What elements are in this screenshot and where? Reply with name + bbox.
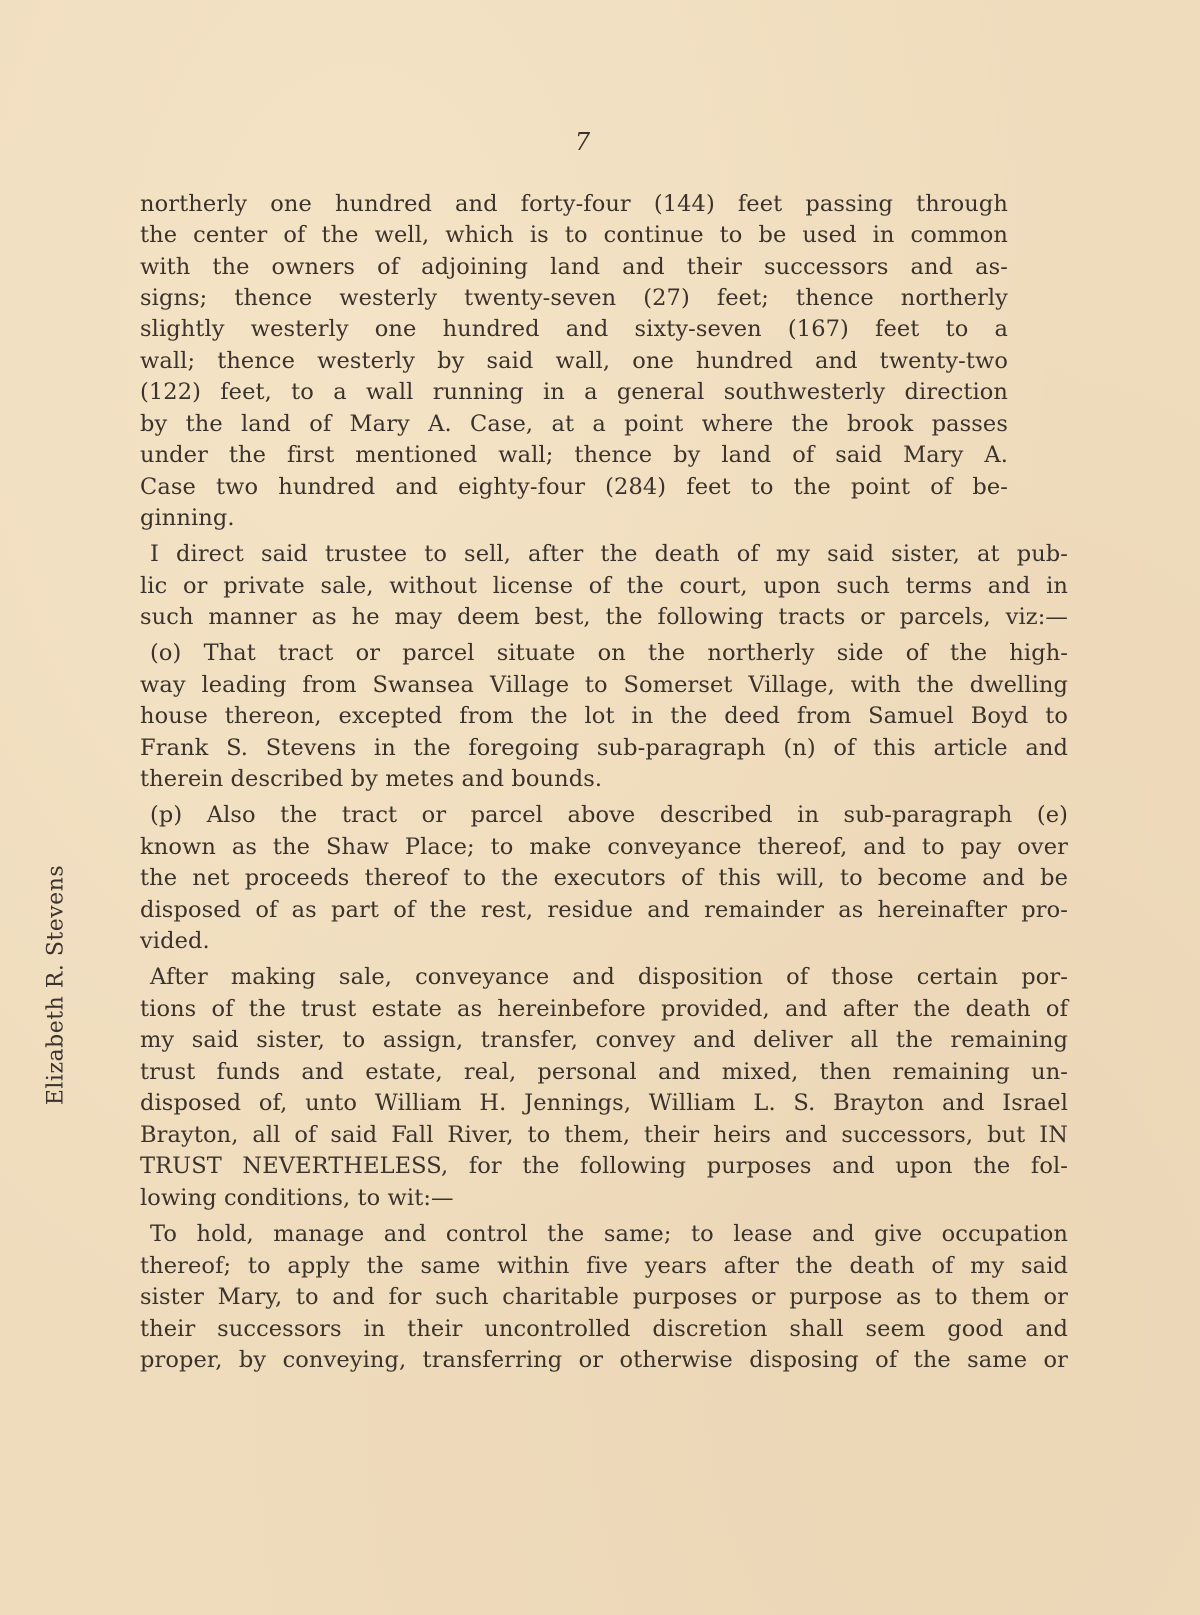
text-line: their successors in their uncontrolled d… — [140, 1313, 1068, 1345]
text-line: sister Mary, to and for such charitable … — [140, 1281, 1068, 1313]
text-line: proper, by conveying, transferring or ot… — [140, 1344, 1068, 1376]
text-line: with the owners of adjoining land and th… — [140, 251, 1008, 283]
text-line: disposed of as part of the rest, residue… — [140, 894, 1068, 926]
text-line: tions of the trust estate as hereinbefor… — [140, 993, 1068, 1025]
text-line: To hold, manage and control the same; to… — [150, 1218, 1068, 1250]
text-line: the center of the well, which is to cont… — [140, 219, 1008, 251]
text-line: Frank S. Stevens in the foregoing sub-pa… — [140, 732, 1068, 764]
text-line: (122) feet, to a wall running in a gener… — [140, 376, 1008, 408]
text-line: TRUST NEVERTHELESS, for the following pu… — [140, 1150, 1068, 1182]
text-line: thereof; to apply the same within five y… — [140, 1250, 1068, 1282]
text-line: I direct said trustee to sell, after the… — [150, 538, 1068, 570]
text-line: known as the Shaw Place; to make conveya… — [140, 831, 1068, 863]
text-line: such manner as he may deem best, the fol… — [140, 601, 1068, 633]
text-line: lic or private sale, without license of … — [140, 570, 1068, 602]
text-line: (p) Also the tract or parcel above descr… — [150, 799, 1068, 831]
text-line: ginning. — [140, 502, 235, 534]
text-line: Case two hundred and eighty-four (284) f… — [140, 471, 1008, 503]
text-line: therein described by metes and bounds. — [140, 763, 602, 795]
text-line: trust funds and estate, real, personal a… — [140, 1056, 1068, 1088]
side-label-author: Elizabeth R. Stevens — [44, 865, 69, 1105]
text-line: house thereon, excepted from the lot in … — [140, 700, 1068, 732]
text-line: the net proceeds thereof to the executor… — [140, 862, 1068, 894]
text-line: slightly westerly one hundred and sixty-… — [140, 313, 1008, 345]
text-line: my said sister, to assign, transfer, con… — [140, 1024, 1068, 1056]
text-line: disposed of, unto William H. Jennings, W… — [140, 1087, 1068, 1119]
text-line: vided. — [140, 925, 210, 957]
text-line: northerly one hundred and forty-four (14… — [140, 188, 1008, 220]
text-line: by the land of Mary A. Case, at a point … — [140, 408, 1008, 440]
text-line: under the first mentioned wall; thence b… — [140, 439, 1008, 471]
text-line: After making sale, conveyance and dispos… — [150, 961, 1068, 993]
page-number: 7 — [0, 128, 1165, 156]
text-line: lowing conditions, to wit:— — [140, 1182, 454, 1214]
text-line: signs; thence westerly twenty-seven (27)… — [140, 282, 1008, 314]
text-line: way leading from Swansea Village to Some… — [140, 669, 1068, 701]
text-line: (o) That tract or parcel situate on the … — [150, 637, 1068, 669]
text-line: Brayton, all of said Fall River, to them… — [140, 1119, 1068, 1151]
document-page: 7 Elizabeth R. Stevens northerly one hun… — [0, 0, 1200, 1615]
text-line: wall; thence westerly by said wall, one … — [140, 345, 1008, 377]
